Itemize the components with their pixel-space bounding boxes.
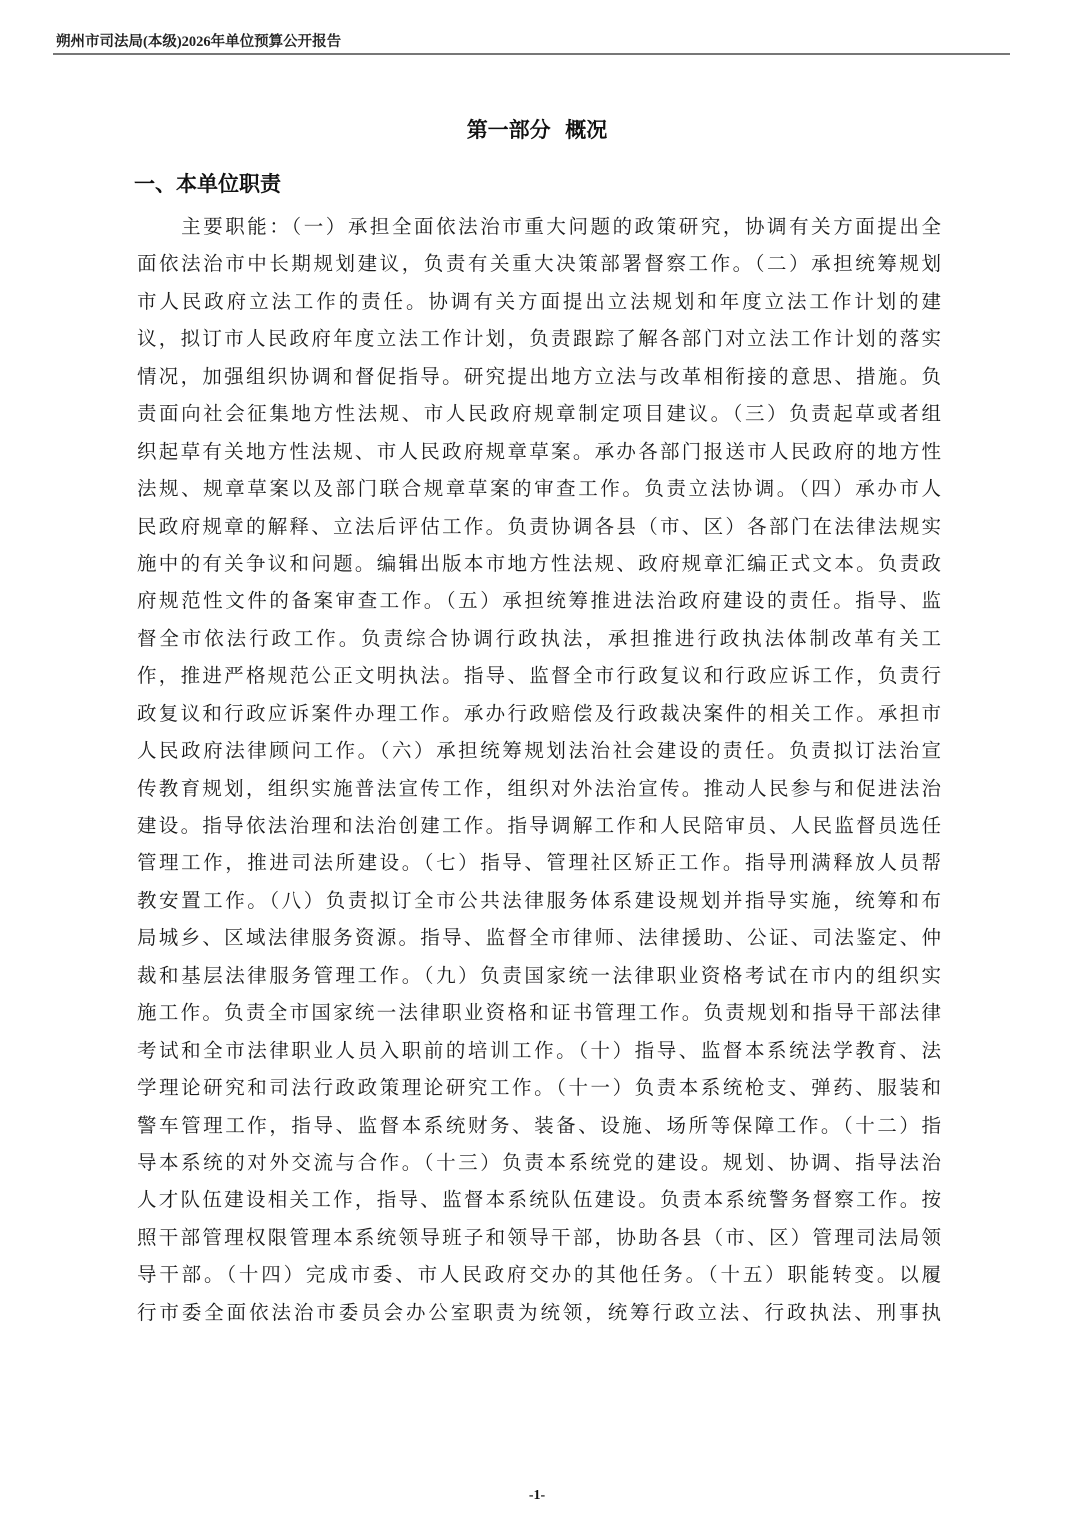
body-line: 行市委全面依法治市委员会办公室职责为统领，统筹行政立法、行政执法、刑事执: [137, 1294, 941, 1331]
body-line: 施中的有关争议和问题。编辑出版本市地方性法规、政府规章汇编正式文本。负责政: [137, 545, 941, 582]
body-line: 织起草有关地方性法规、市人民政府规章草案。承办各部门报送市人民政府的地方性: [137, 433, 941, 470]
body-line: 局城乡、区域法律服务资源。指导、监督全市律师、法律援助、公证、司法鉴定、仲: [137, 919, 941, 956]
report-header-title: 朔州市司法局(本级)2026年单位预算公开报告: [56, 30, 341, 51]
body-line: 导本系统的对外交流与合作。（十三）负责本系统党的建设。规划、协调、指导法治: [137, 1144, 941, 1181]
body-line: 建设。指导依法治理和法治创建工作。指导调解工作和人民陪审员、人民监督员选任: [137, 807, 941, 844]
header-divider: [53, 53, 1010, 55]
part-title: 第一部分 概况: [0, 114, 1074, 144]
body-line: 导干部。（十四）完成市委、市人民政府交办的其他任务。（十五）职能转变。以履: [137, 1256, 941, 1293]
body-line: 教安置工作。（八）负责拟订全市公共法律服务体系建设规划并指导实施，统筹和布: [137, 882, 941, 919]
body-line: 督全市依法行政工作。负责综合协调行政执法，承担推进行政执法体制改革有关工: [137, 620, 941, 657]
body-line: 法规、规章草案以及部门联合规章草案的审查工作。负责立法协调。（四）承办市人: [137, 470, 941, 507]
body-line: 警车管理工作，指导、监督本系统财务、装备、设施、场所等保障工作。（十二）指: [137, 1107, 941, 1144]
page-number: -1-: [0, 1488, 1074, 1504]
body-line: 管理工作，推进司法所建设。（七）指导、管理社区矫正工作。指导刑满释放人员帮: [137, 844, 941, 881]
body-line: 责面向社会征集地方性法规、市人民政府规章制定项目建议。（三）负责起草或者组: [137, 395, 941, 432]
body-line: 议，拟订市人民政府年度立法工作计划，负责跟踪了解各部门对立法工作计划的落实: [137, 320, 941, 357]
body-line: 学理论研究和司法行政政策理论研究工作。（十一）负责本系统枪支、弹药、服装和: [137, 1069, 941, 1106]
body-line: 考试和全市法律职业人员入职前的培训工作。（十）指导、监督本系统法学教育、法: [137, 1032, 941, 1069]
body-line: 照干部管理权限管理本系统领导班子和领导干部，协助各县（市、区）管理司法局领: [137, 1219, 941, 1256]
body-line: 裁和基层法律服务管理工作。（九）负责国家统一法律职业资格考试在市内的组织实: [137, 957, 941, 994]
body-line: 政复议和行政应诉案件办理工作。承办行政赔偿及行政裁决案件的相关工作。承担市: [137, 695, 941, 732]
section-heading: 一、本单位职责: [134, 168, 281, 198]
body-line: 施工作。负责全市国家统一法律职业资格和证书管理工作。负责规划和指导干部法律: [137, 994, 941, 1031]
body-line: 市人民政府立法工作的责任。协调有关方面提出立法规划和年度立法工作计划的建: [137, 283, 941, 320]
body-line: 民政府规章的解释、立法后评估工作。负责协调各县（市、区）各部门在法律法规实: [137, 508, 941, 545]
body-line: 人才队伍建设相关工作，指导、监督本系统队伍建设。负责本系统警务督察工作。按: [137, 1181, 941, 1218]
body-line: 主要职能：（一）承担全面依法治市重大问题的政策研究，协调有关方面提出全: [137, 208, 941, 245]
body-line: 作，推进严格规范公正文明执法。指导、监督全市行政复议和行政应诉工作，负责行: [137, 657, 941, 694]
body-line: 府规范性文件的备案审查工作。（五）承担统筹推进法治政府建设的责任。指导、监: [137, 582, 941, 619]
body-line: 传教育规划，组织实施普法宣传工作，组织对外法治宣传。推动人民参与和促进法治: [137, 770, 941, 807]
body-paragraph: 主要职能：（一）承担全面依法治市重大问题的政策研究，协调有关方面提出全面依法治市…: [137, 208, 943, 1331]
body-line: 情况，加强组织协调和督促指导。研究提出地方立法与改革相衔接的意思、措施。负: [137, 358, 941, 395]
body-line: 人民政府法律顾问工作。（六）承担统筹规划法治社会建设的责任。负责拟订法治宣: [137, 732, 941, 769]
body-line: 面依法治市中长期规划建议，负责有关重大决策部署督察工作。（二）承担统筹规划: [137, 245, 941, 282]
